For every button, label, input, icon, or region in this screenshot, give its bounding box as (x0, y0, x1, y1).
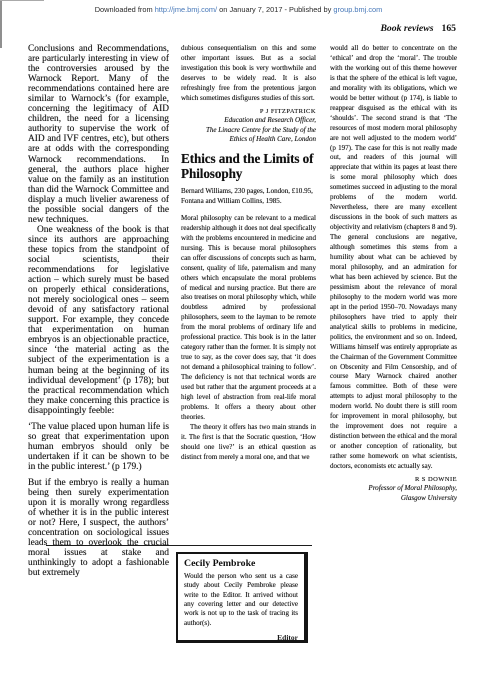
book-citation: Bernard Williams, 230 pages, London, £10… (181, 187, 316, 207)
pull-quote: ‘The value placed upon human life is so … (28, 422, 169, 472)
column-3: would all do better to concentrate on th… (330, 44, 457, 508)
reviewer-title-line: Education and Research Officer, (224, 116, 316, 124)
reviewer-signature-downie: R S DOWNIE Professor of Moral Philosophy… (330, 475, 457, 503)
paragraph: But if the embryo is really a human bein… (28, 478, 169, 578)
page-number: 165 (441, 23, 456, 34)
reviewer-name: R S DOWNIE (330, 475, 457, 484)
scan-edge-artifact (0, 0, 44, 1)
column-1: Conclusions and Recommendations, are par… (28, 44, 169, 578)
reviewer-name: P J FITZPATRICK (181, 107, 316, 116)
paragraph: Moral philosophy can be relevant to a me… (181, 214, 316, 423)
download-banner-middle: on January 7, 2017 - Published by (217, 5, 333, 14)
journal-page: Downloaded from http://jme.bmj.com/ on J… (0, 0, 477, 680)
download-banner: Downloaded from http://jme.bmj.com/ on J… (0, 5, 477, 14)
reviewer-title-line: Professor of Moral Philosophy, (368, 484, 457, 492)
running-head: Book reviews165 (380, 23, 456, 34)
paragraph: The theory it offers has two main strand… (181, 423, 316, 463)
paragraph: dubious consequentialism on this and som… (181, 44, 316, 104)
reviewer-title-line: Ethics of Health Care, London (230, 135, 316, 143)
group-bmj-link[interactable]: group.bmj.com (333, 5, 382, 14)
column-2: dubious consequentialism on this and som… (181, 44, 316, 463)
paragraph: One weakness of the book is that since i… (28, 225, 169, 416)
notice-title: Cecily Pembroke (184, 558, 298, 569)
review-title: Ethics and the Limits of Philosophy (181, 152, 316, 182)
paragraph: Conclusions and Recommendations, are par… (28, 44, 169, 225)
jme-url-link[interactable]: http://jme.bmj.com/ (155, 5, 217, 14)
paragraph: would all do better to concentrate on th… (330, 44, 457, 472)
reviewer-signature-fitzpatrick: P J FITZPATRICK Education and Research O… (181, 107, 316, 145)
reviewer-title-line: Glasgow University (401, 494, 457, 502)
reviewer-title-line: The Linacre Centre for the Study of the (206, 126, 316, 134)
download-banner-prefix: Downloaded from (95, 5, 155, 14)
running-head-section: Book reviews (380, 23, 433, 34)
section-divider (46, 545, 312, 546)
notice-signoff: Editor (184, 633, 298, 642)
notice-box: Cecily Pembroke Would the person who sen… (176, 552, 308, 643)
notice-body: Would the person who sent us a case stud… (184, 572, 298, 628)
